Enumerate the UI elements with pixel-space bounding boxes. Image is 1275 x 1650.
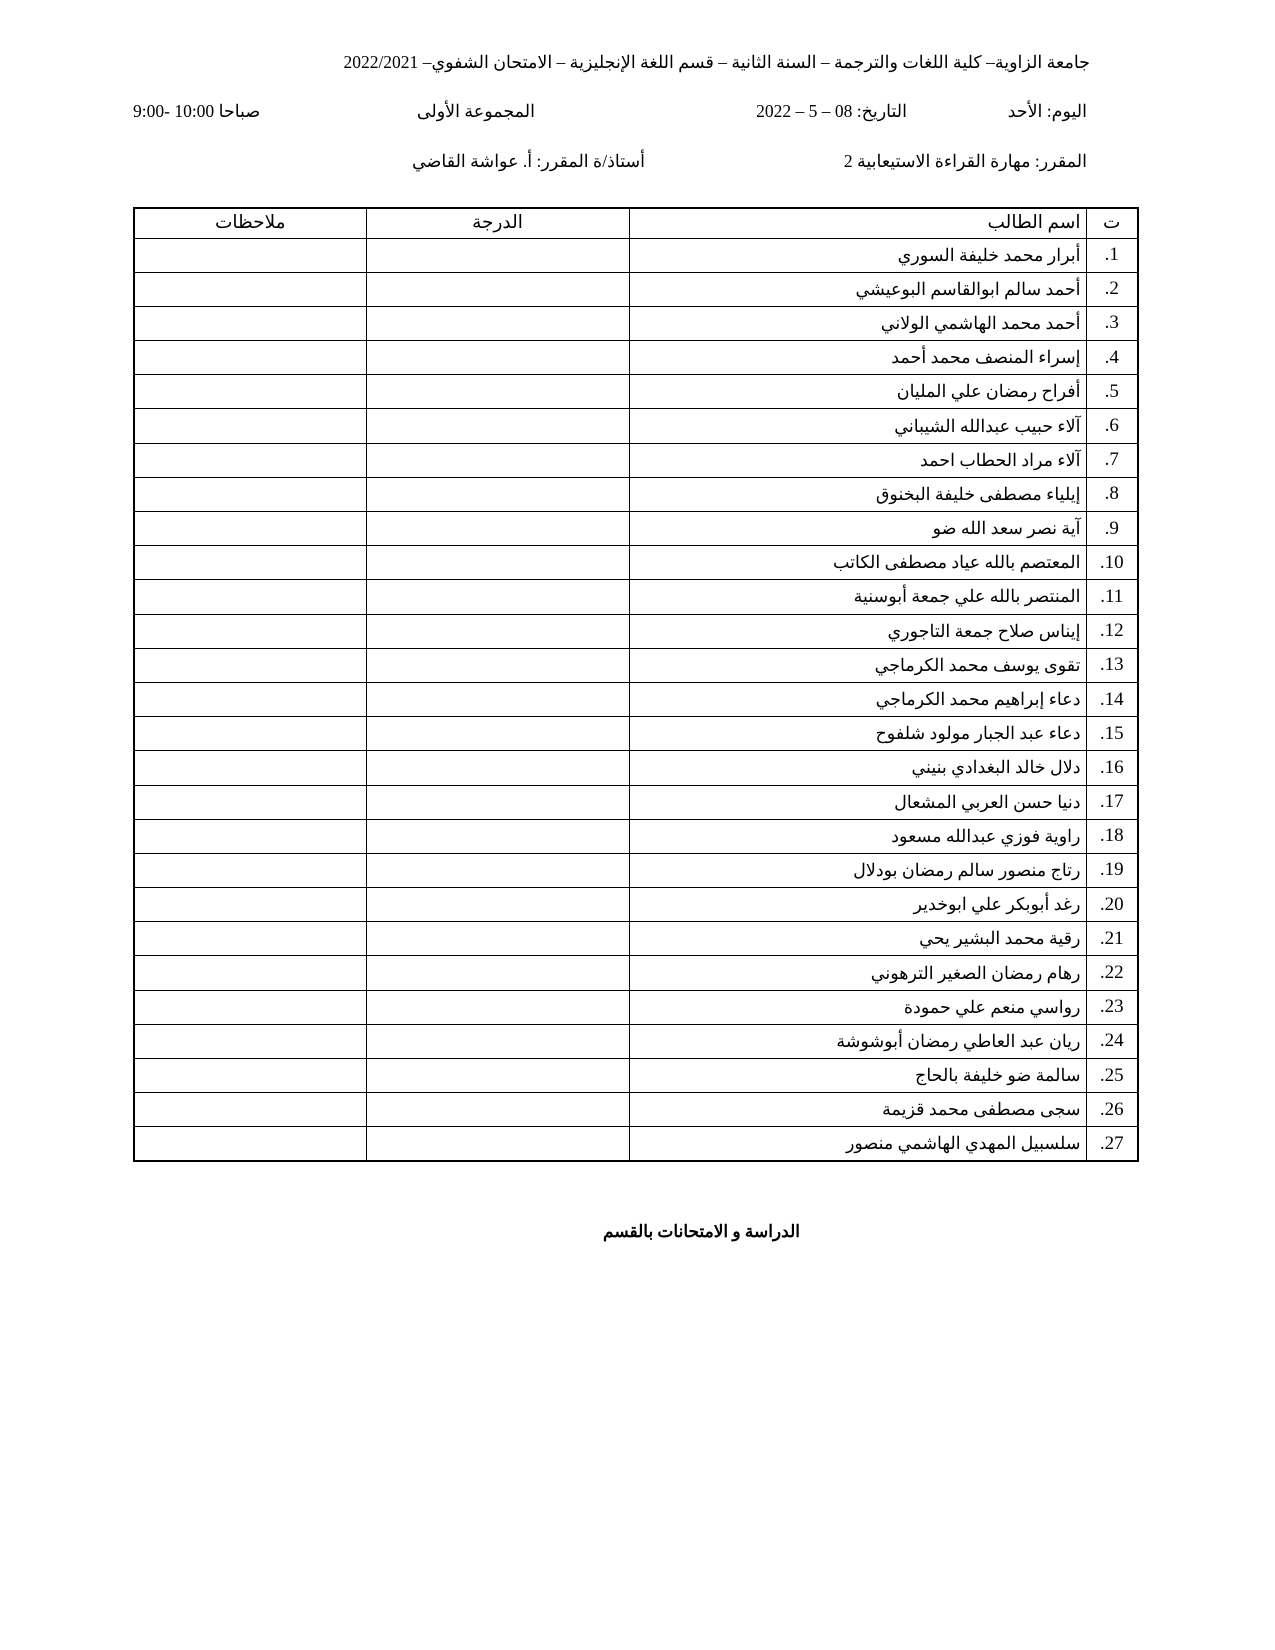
student-name-cell: رهام رمضان الصغير الترهوني <box>629 956 1086 990</box>
row-number-cell: 27. <box>1086 1127 1138 1161</box>
row-number-cell: 24. <box>1086 1024 1138 1058</box>
row-number-cell: 18. <box>1086 819 1138 853</box>
notes-cell <box>134 580 366 614</box>
row-number-cell: 6. <box>1086 409 1138 443</box>
column-header-notes: ملاحظات <box>134 208 366 238</box>
header-row: ت اسم الطالب الدرجة ملاحظات <box>134 208 1138 238</box>
student-name-cell: المنتصر بالله علي جمعة أبوسنية <box>629 580 1086 614</box>
student-name-cell: دعاء إبراهيم محمد الكرماجي <box>629 682 1086 716</box>
notes-cell <box>134 922 366 956</box>
table-row: 13.تقوى يوسف محمد الكرماجي <box>134 648 1138 682</box>
table-row: 8.إيلياء مصطفى خليفة البخنوق <box>134 477 1138 511</box>
grade-cell <box>366 853 629 887</box>
student-name-cell: سالمة ضو خليفة بالحاج <box>629 1059 1086 1093</box>
table-row: 7.آلاء مراد الحطاب احمد <box>134 443 1138 477</box>
table-row: 1.أبرار محمد خليفة السوري <box>134 238 1138 272</box>
grade-cell <box>366 580 629 614</box>
column-header-number: ت <box>1086 208 1138 238</box>
grade-cell <box>366 375 629 409</box>
row-number-cell: 8. <box>1086 477 1138 511</box>
student-name-cell: أحمد محمد الهاشمي الولاني <box>629 306 1086 340</box>
column-header-student-name: اسم الطالب <box>629 208 1086 238</box>
student-name-cell: أفراح رمضان علي المليان <box>629 375 1086 409</box>
student-name-cell: المعتصم بالله عياد مصطفى الكاتب <box>629 546 1086 580</box>
row-number-cell: 17. <box>1086 785 1138 819</box>
row-number-cell: 10. <box>1086 546 1138 580</box>
row-number-cell: 22. <box>1086 956 1138 990</box>
notes-cell <box>134 956 366 990</box>
group-label: المجموعة الأولى <box>417 101 535 122</box>
row-number-cell: 7. <box>1086 443 1138 477</box>
student-name-cell: رواسي منعم علي حمودة <box>629 990 1086 1024</box>
grade-cell <box>366 990 629 1024</box>
students-table: ت اسم الطالب الدرجة ملاحظات 1.أبرار محمد… <box>133 207 1139 1162</box>
table-row: 14.دعاء إبراهيم محمد الكرماجي <box>134 682 1138 716</box>
table-row: 10.المعتصم بالله عياد مصطفى الكاتب <box>134 546 1138 580</box>
table-row: 16.دلال خالد البغدادي بنيني <box>134 751 1138 785</box>
notes-cell <box>134 648 366 682</box>
date-label: التاريخ: 08 – 5 – 2022 <box>756 101 907 122</box>
grade-cell <box>366 1127 629 1161</box>
grade-cell <box>366 682 629 716</box>
grade-cell <box>366 341 629 375</box>
student-name-cell: آلاء مراد الحطاب احمد <box>629 443 1086 477</box>
time-label: 9:00- 10:00 صباحا <box>133 101 260 122</box>
grade-cell <box>366 238 629 272</box>
table-row: 24.ريان عبد العاطي رمضان أبوشوشة <box>134 1024 1138 1058</box>
grade-cell <box>366 409 629 443</box>
course-label: المقرر: مهارة القراءة الاستيعابية 2 <box>844 151 1087 172</box>
row-number-cell: 5. <box>1086 375 1138 409</box>
notes-cell <box>134 512 366 546</box>
row-number-cell: 21. <box>1086 922 1138 956</box>
student-name-cell: دنيا حسن العربي المشعال <box>629 785 1086 819</box>
student-name-cell: رغد أبوبكر علي ابوخدير <box>629 888 1086 922</box>
notes-cell <box>134 272 366 306</box>
grade-cell <box>366 648 629 682</box>
row-number-cell: 3. <box>1086 306 1138 340</box>
notes-cell <box>134 238 366 272</box>
table-row: 27.سلسبيل المهدي الهاشمي منصور <box>134 1127 1138 1161</box>
row-number-cell: 9. <box>1086 512 1138 546</box>
notes-cell <box>134 375 366 409</box>
notes-cell <box>134 888 366 922</box>
grade-cell <box>366 922 629 956</box>
notes-cell <box>134 341 366 375</box>
row-number-cell: 23. <box>1086 990 1138 1024</box>
table-row: 12.إيناس صلاح جمعة التاجوري <box>134 614 1138 648</box>
grade-cell <box>366 956 629 990</box>
table-row: 6.آلاء حبيب عبدالله الشيباني <box>134 409 1138 443</box>
table-row: 19.رتاج منصور سالم رمضان بودلال <box>134 853 1138 887</box>
notes-cell <box>134 1127 366 1161</box>
notes-cell <box>134 853 366 887</box>
table-row: 5.أفراح رمضان علي المليان <box>134 375 1138 409</box>
student-name-cell: أبرار محمد خليفة السوري <box>629 238 1086 272</box>
student-name-cell: تقوى يوسف محمد الكرماجي <box>629 648 1086 682</box>
grade-cell <box>366 272 629 306</box>
student-name-cell: إسراء المنصف محمد أحمد <box>629 341 1086 375</box>
grade-cell <box>366 1024 629 1058</box>
notes-cell <box>134 546 366 580</box>
grade-cell <box>366 614 629 648</box>
grade-cell <box>366 1093 629 1127</box>
student-name-cell: ريان عبد العاطي رمضان أبوشوشة <box>629 1024 1086 1058</box>
row-number-cell: 15. <box>1086 717 1138 751</box>
grade-cell <box>366 443 629 477</box>
grade-cell <box>366 306 629 340</box>
table-row: 3.أحمد محمد الهاشمي الولاني <box>134 306 1138 340</box>
grade-cell <box>366 819 629 853</box>
students-table-header: ت اسم الطالب الدرجة ملاحظات <box>134 208 1138 238</box>
student-name-cell: آلاء حبيب عبدالله الشيباني <box>629 409 1086 443</box>
notes-cell <box>134 443 366 477</box>
grade-cell <box>366 512 629 546</box>
row-number-cell: 19. <box>1086 853 1138 887</box>
notes-cell <box>134 785 366 819</box>
grade-cell <box>366 888 629 922</box>
student-name-cell: سجى مصطفى محمد قزيمة <box>629 1093 1086 1127</box>
student-name-cell: إيلياء مصطفى خليفة البخنوق <box>629 477 1086 511</box>
row-number-cell: 12. <box>1086 614 1138 648</box>
student-name-cell: راوية فوزي عبدالله مسعود <box>629 819 1086 853</box>
table-row: 21.رقية محمد البشير يحي <box>134 922 1138 956</box>
row-number-cell: 1. <box>1086 238 1138 272</box>
grade-cell <box>366 717 629 751</box>
students-table-body: 1.أبرار محمد خليفة السوري2.أحمد سالم ابو… <box>134 238 1138 1161</box>
document-title: جامعة الزاوية– كلية اللغات والترجمة – ال… <box>343 52 1090 73</box>
table-row: 25.سالمة ضو خليفة بالحاج <box>134 1059 1138 1093</box>
table-row: 20.رغد أبوبكر علي ابوخدير <box>134 888 1138 922</box>
notes-cell <box>134 1093 366 1127</box>
row-number-cell: 26. <box>1086 1093 1138 1127</box>
notes-cell <box>134 614 366 648</box>
student-name-cell: رقية محمد البشير يحي <box>629 922 1086 956</box>
table-row: 18.راوية فوزي عبدالله مسعود <box>134 819 1138 853</box>
table-row: 9.آية نصر سعد الله ضو <box>134 512 1138 546</box>
student-name-cell: دلال خالد البغدادي بنيني <box>629 751 1086 785</box>
row-number-cell: 13. <box>1086 648 1138 682</box>
table-row: 17.دنيا حسن العربي المشعال <box>134 785 1138 819</box>
notes-cell <box>134 751 366 785</box>
row-number-cell: 14. <box>1086 682 1138 716</box>
footer-signature: الدراسة و الامتحانات بالقسم <box>603 1222 800 1242</box>
notes-cell <box>134 1024 366 1058</box>
table-row: 23.رواسي منعم علي حمودة <box>134 990 1138 1024</box>
notes-cell <box>134 819 366 853</box>
student-name-cell: آية نصر سعد الله ضو <box>629 512 1086 546</box>
row-number-cell: 11. <box>1086 580 1138 614</box>
grade-cell <box>366 751 629 785</box>
grade-cell <box>366 1059 629 1093</box>
table-row: 26.سجى مصطفى محمد قزيمة <box>134 1093 1138 1127</box>
grade-cell <box>366 546 629 580</box>
notes-cell <box>134 306 366 340</box>
notes-cell <box>134 990 366 1024</box>
row-number-cell: 16. <box>1086 751 1138 785</box>
row-number-cell: 4. <box>1086 341 1138 375</box>
student-name-cell: أحمد سالم ابوالقاسم البوعيشي <box>629 272 1086 306</box>
instructor-label: أستاذ/ة المقرر: أ. عواشة القاضي <box>412 151 645 172</box>
table-row: 15.دعاء عبد الجبار مولود شلفوح <box>134 717 1138 751</box>
notes-cell <box>134 717 366 751</box>
notes-cell <box>134 477 366 511</box>
grade-cell <box>366 477 629 511</box>
table-row: 22.رهام رمضان الصغير الترهوني <box>134 956 1138 990</box>
row-number-cell: 20. <box>1086 888 1138 922</box>
notes-cell <box>134 409 366 443</box>
row-number-cell: 2. <box>1086 272 1138 306</box>
table-row: 11.المنتصر بالله علي جمعة أبوسنية <box>134 580 1138 614</box>
student-name-cell: دعاء عبد الجبار مولود شلفوح <box>629 717 1086 751</box>
student-name-cell: إيناس صلاح جمعة التاجوري <box>629 614 1086 648</box>
notes-cell <box>134 1059 366 1093</box>
student-name-cell: رتاج منصور سالم رمضان بودلال <box>629 853 1086 887</box>
notes-cell <box>134 682 366 716</box>
student-name-cell: سلسبيل المهدي الهاشمي منصور <box>629 1127 1086 1161</box>
day-label: اليوم: الأحد <box>1008 101 1087 122</box>
table-row: 4.إسراء المنصف محمد أحمد <box>134 341 1138 375</box>
column-header-grade: الدرجة <box>366 208 629 238</box>
table-row: 2.أحمد سالم ابوالقاسم البوعيشي <box>134 272 1138 306</box>
grade-cell <box>366 785 629 819</box>
row-number-cell: 25. <box>1086 1059 1138 1093</box>
